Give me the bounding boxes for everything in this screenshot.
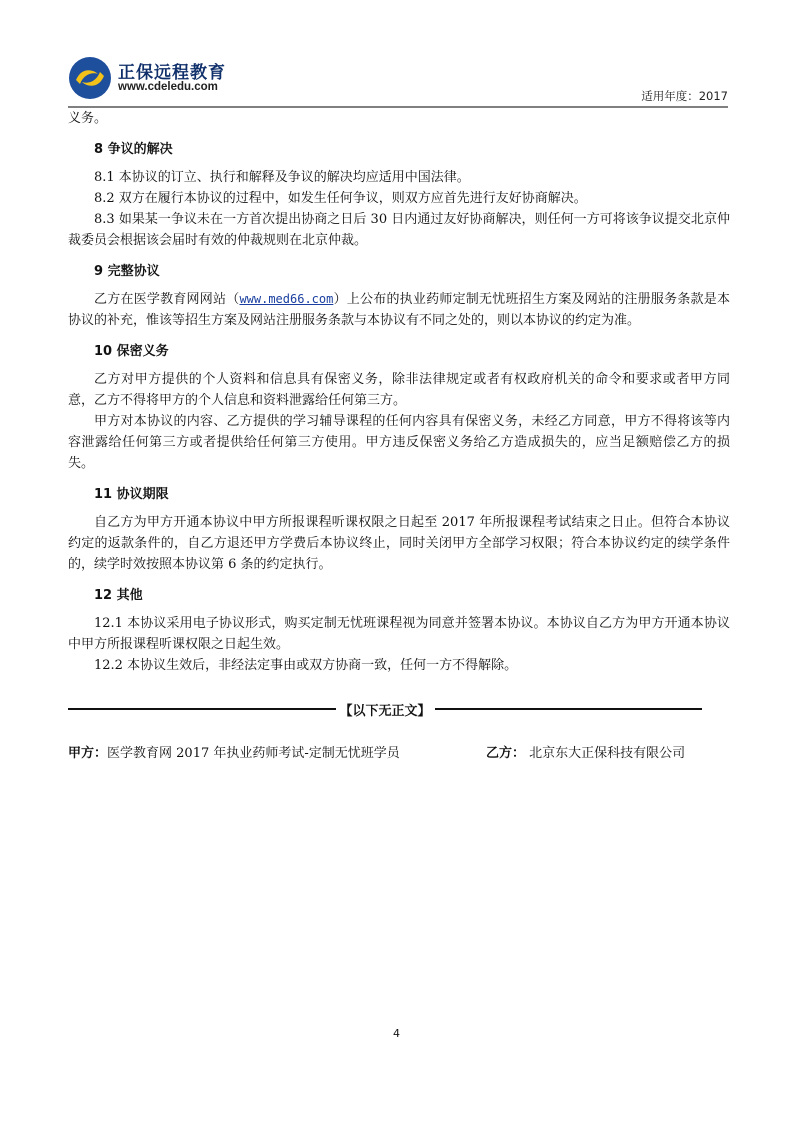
section-heading-11: 11 协议期限 (68, 484, 730, 505)
paragraph-12-2: 12.2 本协议生效后，非经法定事由或双方协商一致，任何一方不得解除。 (68, 655, 730, 676)
party-b-signature: 乙方： 北京东大正保科技有限公司 (486, 742, 685, 761)
logo-title: 正保远程教育 (118, 58, 226, 83)
page-header: 正保远程教育 www.cdeledu.com 适用年度：2017 (68, 52, 728, 106)
party-a-signature: 甲方：医学教育网 2017 年执业药师考试-定制无忧班学员 (68, 742, 400, 761)
paragraph-8-3: 8.3 如果某一争议未在一方首次提出协商之日后 30 日内通过友好协商解决，则任… (68, 209, 730, 251)
party-b-label: 乙方： (486, 746, 525, 761)
party-a-label: 甲方： (68, 746, 107, 761)
carry-over-text: 义务。 (68, 108, 730, 129)
section-heading-9: 9 完整协议 (68, 261, 730, 282)
paragraph-11: 自乙方为甲方开通本协议中甲方所报课程听课权限之日起至 2017 年所报课程考试结… (68, 512, 730, 575)
left-rule (68, 708, 336, 710)
document-body: 义务。 8 争议的解决 8.1 本协议的订立、执行和解释及争议的解决均应适用中国… (68, 108, 730, 676)
party-b-value: 北京东大正保科技有限公司 (525, 746, 685, 761)
paragraph-10-2: 甲方对本协议的内容、乙方提供的学习辅导课程的任何内容具有保密义务，未经乙方同意，… (68, 411, 730, 474)
section-heading-12: 12 其他 (68, 585, 730, 606)
logo-url: www.cdeledu.com (118, 81, 218, 93)
section-heading-8: 8 争议的解决 (68, 139, 730, 160)
page-number: 4 (393, 1027, 400, 1040)
party-a-value: 医学教育网 2017 年执业药师考试-定制无忧班学员 (107, 746, 400, 761)
paragraph-8-2: 8.2 双方在履行本协议的过程中，如发生任何争议，则双方应首先进行友好协商解决。 (68, 188, 730, 209)
paragraph-9-before-link: 乙方在医学教育网网站（ (94, 292, 239, 307)
section-heading-10: 10 保密义务 (68, 341, 730, 362)
paragraph-12-1: 12.1 本协议采用电子协议形式，购买定制无忧班课程视为同意并签署本协议。本协议… (68, 613, 730, 655)
paragraph-10-1: 乙方对甲方提供的个人资料和信息具有保密义务，除非法律规定或者有权政府机关的命令和… (68, 369, 730, 411)
end-of-text-marker: 【以下无正文】 (68, 700, 702, 718)
paragraph-9: 乙方在医学教育网网站（www.med66.com）上公布的执业药师定制无忧班招生… (68, 289, 730, 331)
logo-icon (68, 56, 112, 100)
paragraph-8-1: 8.1 本协议的订立、执行和解释及争议的解决均应适用中国法律。 (68, 167, 730, 188)
right-rule (435, 708, 703, 710)
med66-link[interactable]: www.med66.com (239, 292, 333, 306)
applicable-year: 适用年度：2017 (641, 88, 728, 104)
end-marker-text: 【以下无正文】 (336, 700, 435, 719)
